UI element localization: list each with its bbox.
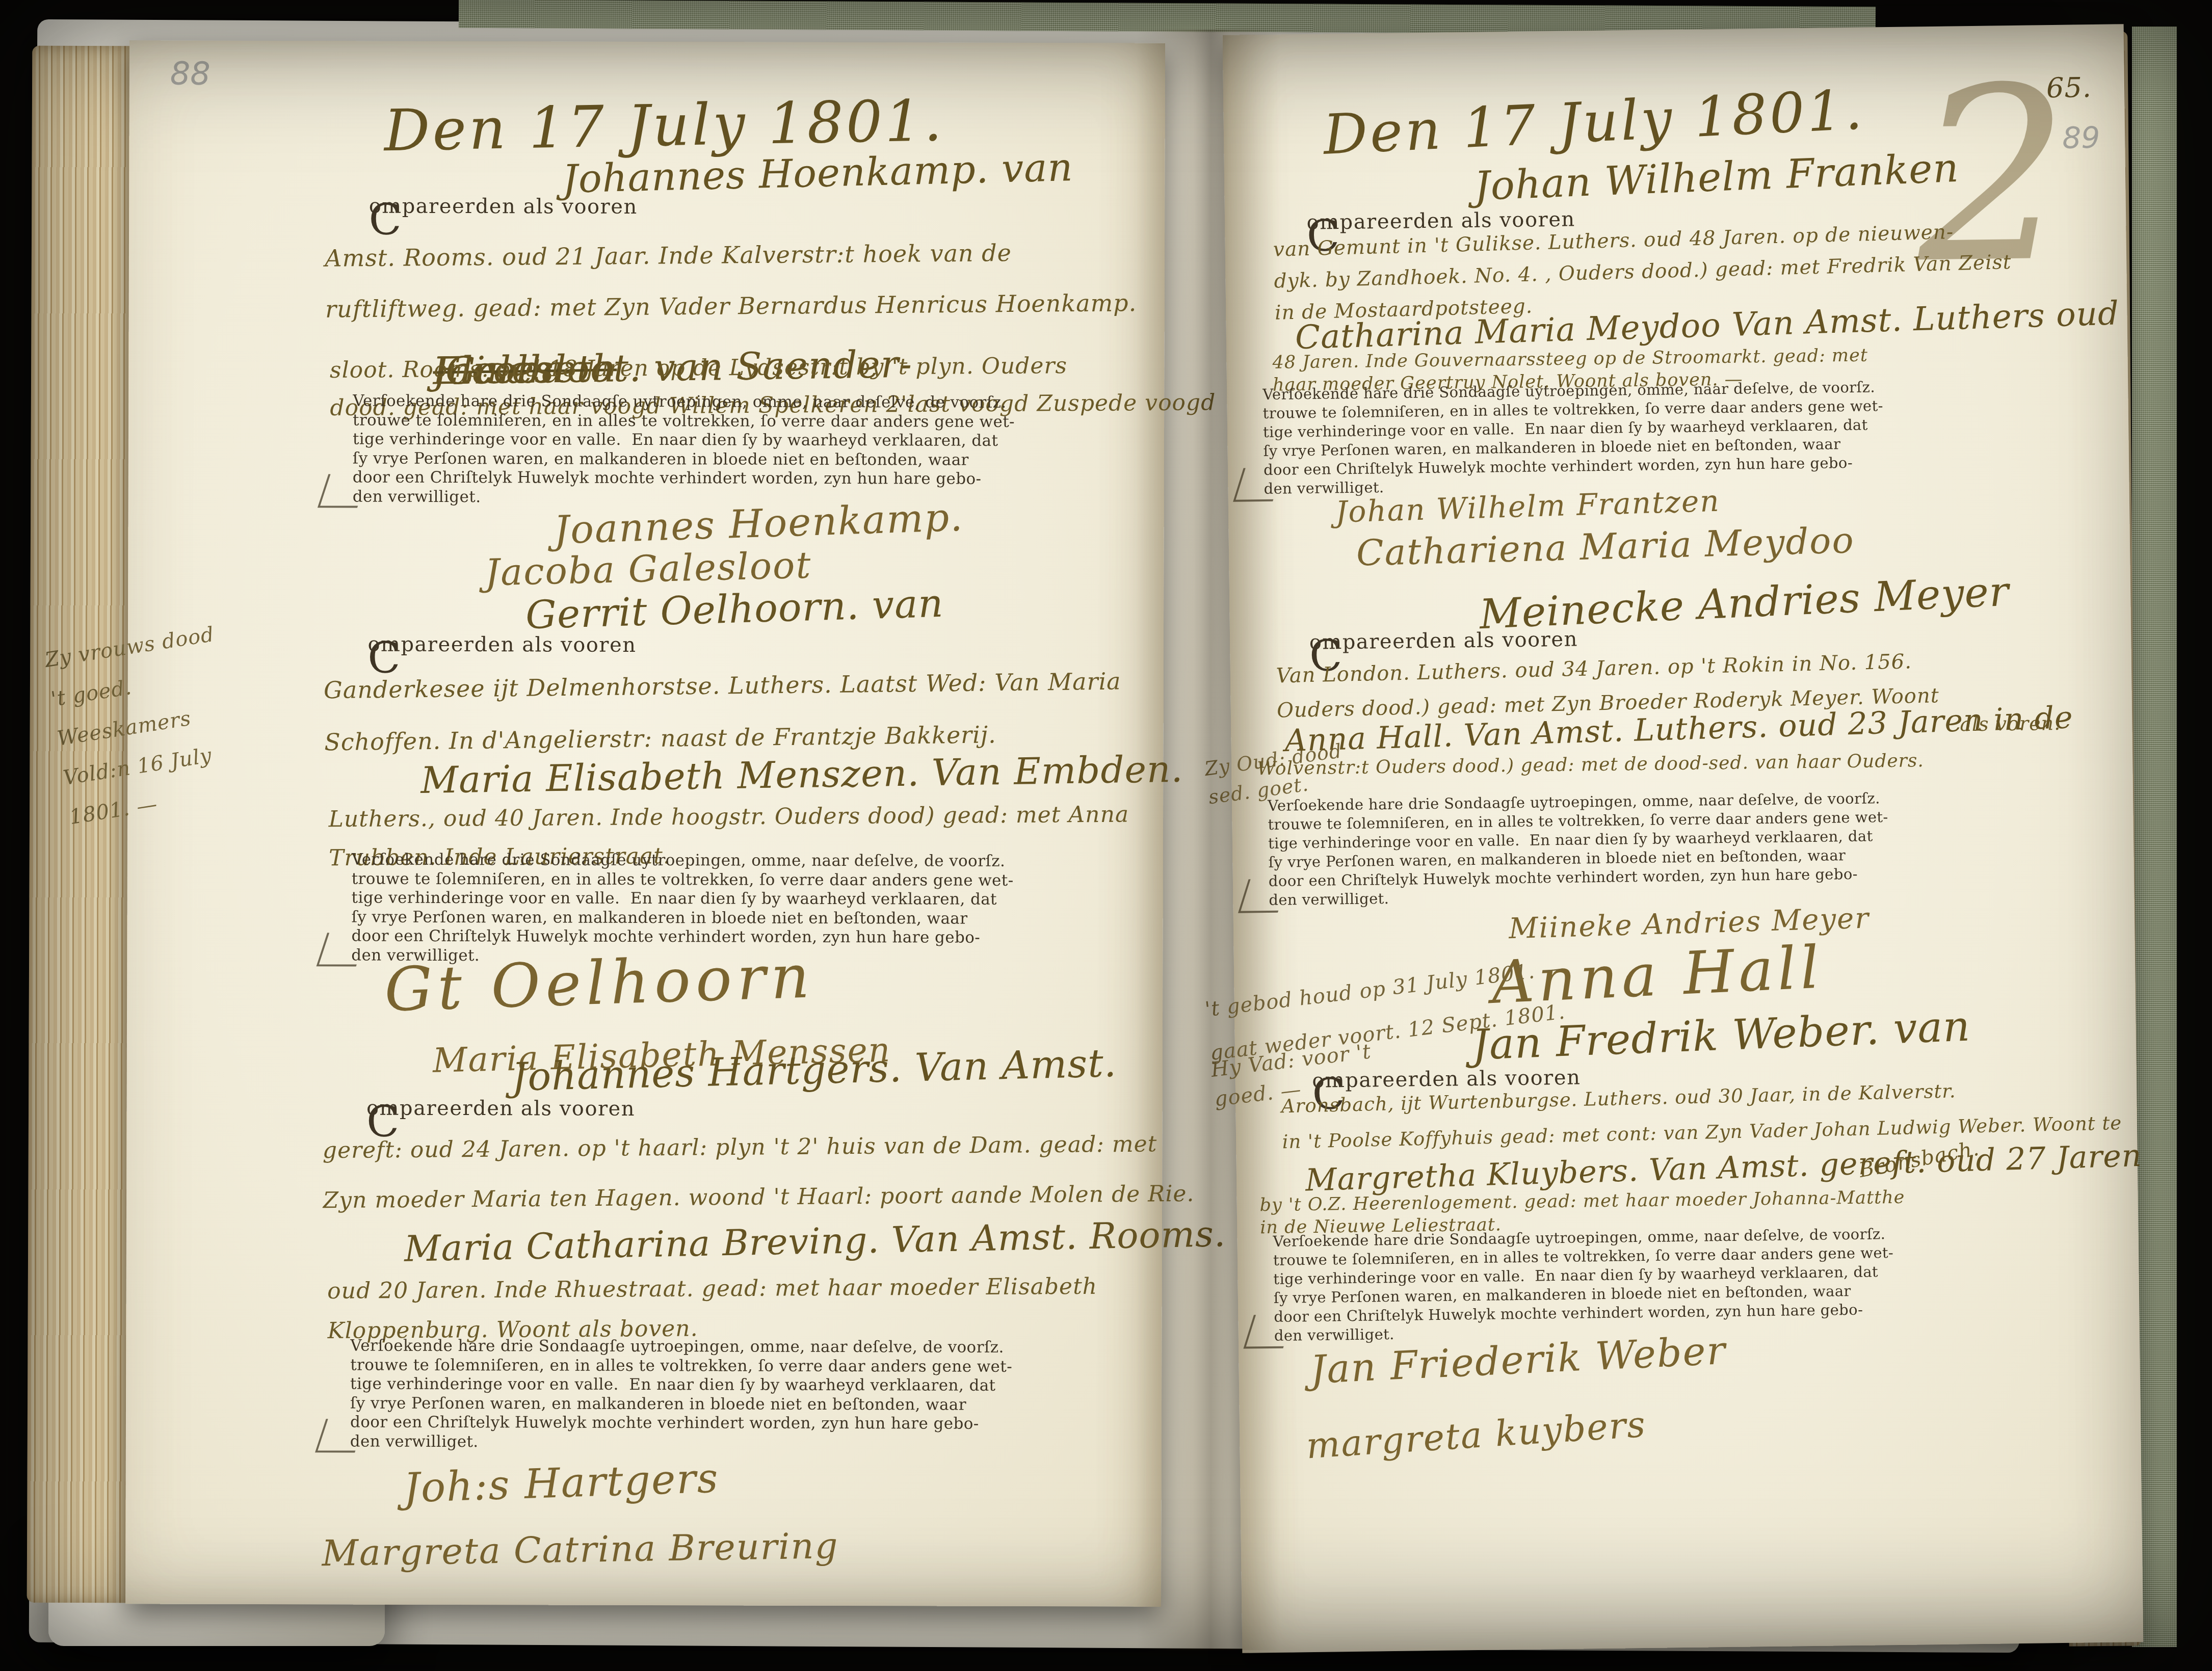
gutter-shadow (1137, 30, 1279, 1650)
signature: Cathariena Maria Meydoo (1356, 519, 1855, 574)
printed-consent-formula: Verſoekende hare drie Sondaagſe uytroepi… (350, 1336, 1012, 1452)
right-page: 2 65. 89 Den 17 July 1801. Compareerden … (1223, 24, 2144, 1653)
entry-label: Compareerden als vooren (1296, 1059, 1312, 1089)
entry-label-text: ompareerden als vooren (366, 1097, 635, 1121)
printed-consent-formula: Verſoekende hare drie Sondaagſe uytroepi… (353, 391, 1015, 508)
signature: Joh:s Hartgers (403, 1454, 720, 1512)
entry-label-text: ompareerden als vooren (367, 633, 636, 657)
groom-details: Amst. Rooms. oud 21 Jaar. Inde Kalverstr… (325, 226, 1137, 334)
entry-label: Compareerden als vooren (352, 623, 368, 652)
entry-label: Compareerden als vooren (1294, 621, 1309, 650)
groom-details: gereft: oud 24 Jaren. op 't haarl: plyn … (322, 1119, 1194, 1226)
entry-label: Compareerden als vooren (1291, 201, 1307, 230)
signature: margreta kuybers (1305, 1403, 1647, 1467)
page-number: 89 (2062, 120, 2100, 155)
printed-consent-formula: Verſoekende hare drie Sondaagſe uytroepi… (1273, 1225, 1894, 1345)
page-number: 65. (2046, 71, 2092, 104)
book-photo: 88 Den 17 July 1801. Compareerden als vo… (0, 0, 2212, 1671)
entry-label: Compareerden als vooren (353, 184, 369, 214)
groom-name: Meinecke Andries Meyer (1479, 568, 2010, 638)
signature: Gt Oelhoorn (383, 941, 815, 1025)
left-page: 88 Den 17 July 1801. Compareerden als vo… (125, 40, 1165, 1606)
printed-consent-formula: Verſoekende hare drie Sondaagſe uytroepi… (1268, 789, 1889, 910)
page-number: 88 (170, 55, 210, 92)
entry-label: Compareerden als vooren (351, 1086, 366, 1116)
signature: Margreta Catrina Breuring (322, 1525, 839, 1574)
margin-note: Zy vrouws dood 't goed. Weeskamers Vold:… (42, 615, 242, 837)
printed-consent-formula: Verſoekende hare drie Sondaagſe uytroepi… (1262, 378, 1884, 498)
